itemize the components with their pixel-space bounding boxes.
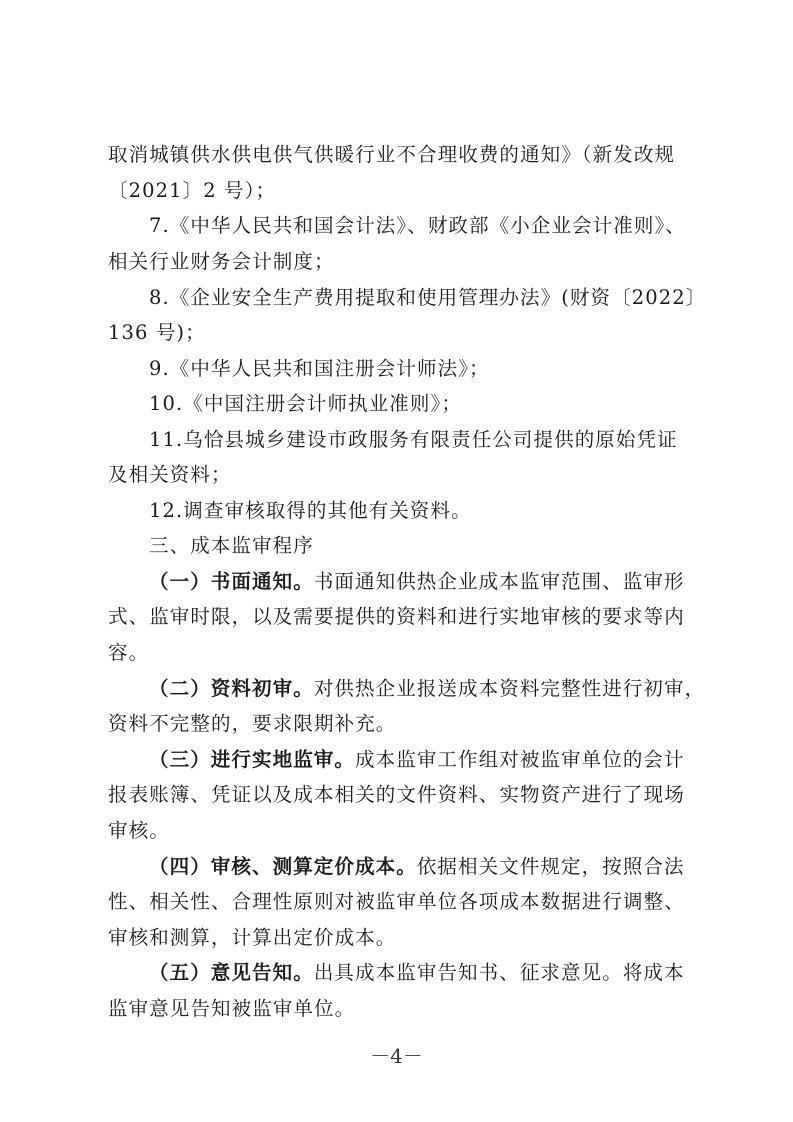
text-line: 监审意见告知被监审单位。	[108, 997, 698, 1021]
step-title: （四）审核、测算定价成本。	[149, 855, 417, 878]
text-line: 136 号)；	[108, 321, 698, 345]
text-line: 取消城镇供水供电供气供暖行业不合理收费的通知》（新发改规	[108, 143, 698, 167]
text-line: 及相关资料；	[108, 463, 698, 487]
step-title: （五）意见告知。	[149, 961, 314, 984]
step-text: 成本监审工作组对被监审单位的会计	[355, 748, 685, 771]
text-line: 性、相关性、合理性原则对被监审单位各项成本数据进行调整、	[108, 890, 698, 914]
list-item-10: 10.《中国注册会计师执业准则》；	[149, 392, 739, 416]
step-text: 出具成本监审告知书、征求意见。将成本	[314, 961, 685, 984]
step-5: （五）意见告知。出具成本监审告知书、征求意见。将成本	[149, 961, 739, 985]
list-item-7: 7.《中华人民共和国会计法》、财政部《小企业会计准则》、	[149, 214, 739, 238]
step-title: （三）进行实地监审。	[149, 748, 355, 771]
page-number: －4－	[0, 1040, 793, 1069]
step-text: 对供热企业报送成本资料完整性进行初审，	[314, 677, 705, 700]
list-item-8: 8.《企业安全生产费用提取和使用管理办法》(财资〔2022〕	[149, 286, 739, 310]
document-page: 取消城镇供水供电供气供暖行业不合理收费的通知》（新发改规 〔2021〕2 号）；…	[0, 0, 793, 1122]
text-line: 资料不完整的，要求限期补充。	[108, 712, 698, 736]
text-line: 报表账簿、凭证以及成本相关的文件资料、实物资产进行了现场	[108, 783, 698, 807]
step-text: 依据相关文件规定，按照合法	[417, 855, 685, 878]
step-title: （一）书面通知。	[149, 570, 314, 593]
text-line: 容。	[108, 641, 698, 665]
text-line: 〔2021〕2 号）；	[108, 179, 698, 203]
step-text: 书面通知供热企业成本监审范围、监审形	[314, 570, 685, 593]
text-line: 相关行业财务会计制度；	[108, 250, 698, 274]
step-1: （一）书面通知。书面通知供热企业成本监审范围、监审形	[149, 570, 739, 594]
text-line: 式、监审时限，以及需要提供的资料和进行实地审核的要求等内	[108, 605, 698, 629]
step-4: （四）审核、测算定价成本。依据相关文件规定，按照合法	[149, 855, 739, 879]
text-line: 审核。	[108, 819, 698, 843]
step-title: （二）资料初审。	[149, 677, 314, 700]
list-item-9: 9.《中华人民共和国注册会计师法》；	[149, 357, 739, 381]
section-heading: 三、成本监审程序	[149, 534, 739, 558]
list-item-12: 12.调查审核取得的其他有关资料。	[149, 499, 739, 523]
step-2: （二）资料初审。对供热企业报送成本资料完整性进行初审，	[149, 677, 739, 701]
list-item-11: 11.乌恰县城乡建设市政服务有限责任公司提供的原始凭证	[149, 428, 739, 452]
step-3: （三）进行实地监审。成本监审工作组对被监审单位的会计	[149, 748, 739, 772]
text-line: 审核和测算，计算出定价成本。	[108, 926, 698, 950]
